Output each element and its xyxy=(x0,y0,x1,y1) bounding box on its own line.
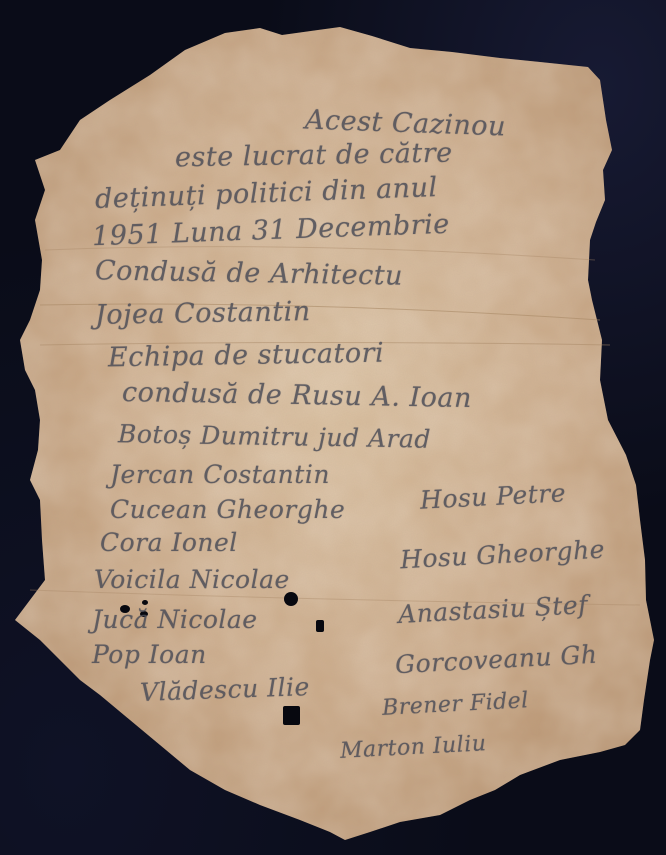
header-line: 1951 Luna 31 Decembrie xyxy=(92,209,451,252)
name-entry: Hosu Gheorghe xyxy=(399,535,605,575)
header-line: Jojea Costantin xyxy=(95,296,311,331)
header-line: Condusă de Arhitectu xyxy=(95,255,403,291)
name-entry: Voicila Nicolae xyxy=(94,565,290,594)
name-entry: Cora Ionel xyxy=(100,528,238,557)
name-entry: Jercan Costantin xyxy=(110,460,330,489)
name-entry: Marton Iuliu xyxy=(339,731,487,764)
header-line: condusă de Rusu A. Ioan xyxy=(122,377,472,414)
name-entry: Cucean Gheorghe xyxy=(110,495,345,524)
name-entry: Vlădescu Ilie xyxy=(140,672,311,707)
header-line: Echipa de stucatori xyxy=(108,338,385,374)
handwritten-text: Acest Cazinou este lucrat de către dețin… xyxy=(0,0,666,855)
name-entry: Pop Ioan xyxy=(92,640,207,669)
name-entry: Hosu Petre xyxy=(419,478,566,515)
name-entry: Gorcoveanu Gh xyxy=(394,640,598,680)
name-entry: Jucă Nicolae xyxy=(92,605,258,634)
header-line: este lucrat de către xyxy=(175,138,453,174)
name-entry: Brener Fidel xyxy=(381,688,529,721)
name-entry: Anastasiu Ștef xyxy=(397,590,588,629)
header-line: deținuți politici din anul xyxy=(95,172,439,215)
header-line: Acest Cazinou xyxy=(305,105,507,143)
name-entry: Botoș Dumitru jud Arad xyxy=(118,419,431,453)
